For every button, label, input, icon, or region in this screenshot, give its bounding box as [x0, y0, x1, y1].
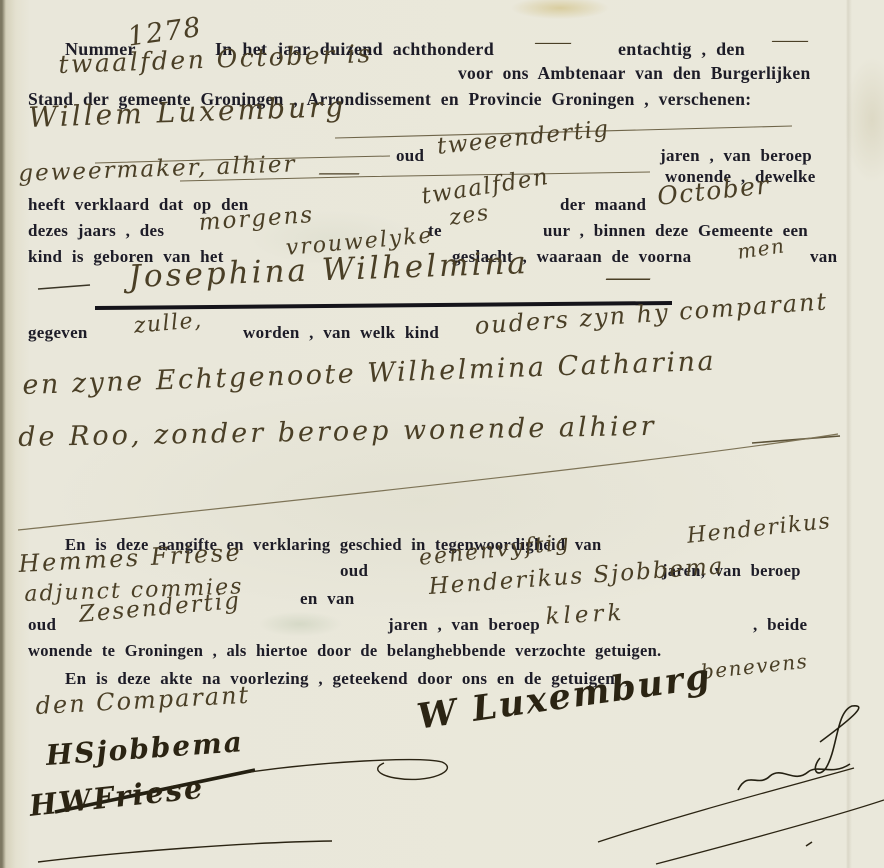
witness2-occupation-handwritten: klerk	[545, 602, 626, 629]
daypart-handwritten: morgens	[198, 204, 315, 235]
declarant-occupation-handwritten: geweermaker, alhier	[18, 153, 297, 186]
parents-handwritten-line2: en zyne Echtgenoote Wilhelmina Catharina	[22, 348, 717, 399]
birth-hour-handwritten: zes	[448, 202, 491, 229]
van-label: van	[810, 248, 837, 267]
officer-text: voor ons Ambtenaar van den Burgerlijken	[458, 64, 811, 83]
witness-friese-signature: HWFriese	[28, 774, 206, 821]
witness-close-text: wonende te Groningen , als hiertoe door …	[28, 642, 661, 660]
der-maand-text: der maand	[560, 196, 646, 215]
gegeven-label: gegeven	[28, 324, 88, 343]
registrar-signature	[738, 764, 850, 790]
oud-label: oud	[396, 147, 424, 166]
dash: —	[782, 32, 802, 50]
sjobbema-signature-flourish	[250, 760, 447, 780]
dash: —	[545, 34, 565, 52]
worden-welk-kind-text: worden , van welk kind	[243, 324, 439, 343]
jaren-van-beroep-3: jaren , van beroep	[388, 616, 540, 635]
parents-handwritten-line1: ouders zyn hy comparant	[474, 289, 829, 338]
parents-handwritten-line3: de Roo, zonder beroep wonende alhier	[18, 413, 657, 451]
dash: —	[618, 268, 642, 290]
registrar-signature-flourish	[656, 800, 884, 864]
oud-label-2: oud	[340, 562, 368, 581]
beide-label: , beide	[753, 616, 807, 635]
men-suffix-handwritten: men	[736, 235, 787, 262]
birth-certificate-page: Nummer 1278 In het jaar duizend achthond…	[0, 0, 884, 868]
registrar-signature-flourish	[806, 842, 812, 846]
zullen-handwritten: zulle,	[133, 310, 204, 338]
oud-label-3: oud	[28, 616, 56, 635]
registrar-signature-flourish	[598, 768, 854, 842]
declarant-name-handwritten: Willem Luxemburg	[28, 93, 347, 132]
dash-stroke	[752, 436, 840, 443]
luxemburg-signature-flourish	[815, 706, 858, 773]
declarant-age-handwritten: tweeendertig	[436, 118, 611, 159]
dezes-jaars-text: dezes jaars , des	[28, 222, 164, 241]
year-suffix: entachtig , den	[618, 40, 745, 60]
witness-sjobbema-signature: HSjobbema	[45, 728, 245, 770]
jaren-van-beroep: jaren , van beroep	[660, 147, 812, 166]
dash-stroke	[38, 285, 90, 289]
witness1-name-handwritten: Hemmes Friese	[18, 540, 243, 576]
dash: —	[330, 162, 352, 182]
benevens-handwritten: benevens	[700, 651, 809, 682]
en-van-label: en van	[300, 590, 355, 609]
witness1-firstname-handwritten: Henderikus	[686, 511, 832, 548]
friese-signature-flourish	[38, 841, 332, 862]
